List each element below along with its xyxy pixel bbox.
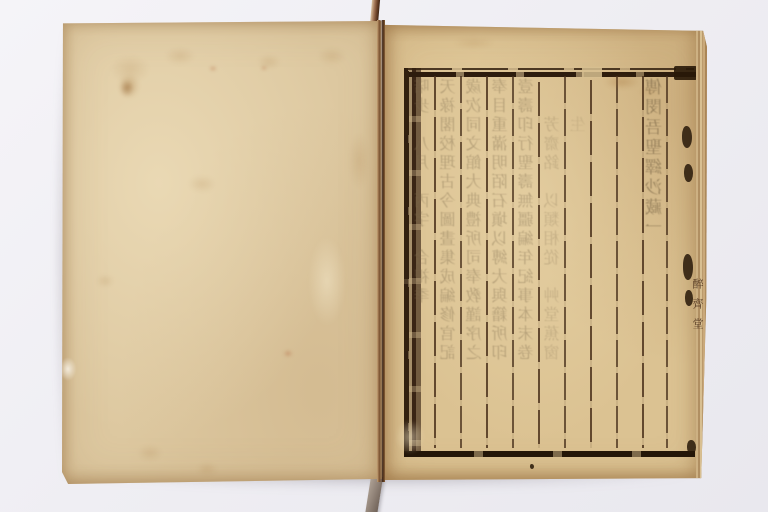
column-divider xyxy=(434,76,436,448)
stain xyxy=(208,65,218,72)
stain xyxy=(260,65,268,71)
ink-blotch xyxy=(687,440,696,454)
stain xyxy=(312,43,352,69)
ghost-text-column: 喏步 八月 丙字 合祀秊 xyxy=(412,78,434,446)
fore-edge-leaf-stack xyxy=(696,30,705,478)
ink-speck xyxy=(530,464,534,469)
ghost-text-column: 壹壽印行聖壽無疆編年紀事本末卷 xyxy=(516,78,538,446)
stain xyxy=(444,34,504,52)
stain xyxy=(182,171,222,197)
column-divider xyxy=(642,76,644,448)
ghost-text-column: 生 xyxy=(568,78,590,446)
stain xyxy=(92,271,118,291)
ink-blotch xyxy=(683,254,693,280)
ink-blotch xyxy=(682,126,692,148)
column-divider xyxy=(590,80,592,448)
stain xyxy=(252,51,286,73)
right-page-printed: 喏步 八月 丙字 合祀秊 天祿閣校理古今圖晝集成編修官記 歲次同文館大典禮所司奉… xyxy=(384,24,707,480)
column-divider xyxy=(486,76,488,448)
column-divider xyxy=(460,76,462,448)
column-divider xyxy=(538,82,540,448)
column-divider xyxy=(512,76,514,448)
ghost-text-column: 奉目重滿明陌石塡以縛大與籍所印 xyxy=(490,78,512,446)
ghost-text-column: 天祿閣校理古今圖晝集成編修官記 xyxy=(438,78,460,446)
frame-top-thick-rule xyxy=(404,72,697,77)
stain xyxy=(282,349,294,358)
binding-gutter xyxy=(377,20,385,482)
left-page-blank xyxy=(62,21,384,484)
frame-left-rule xyxy=(404,71,409,454)
ghost-text-column: 芳齋銘 以類相從 艸堂蕉窗 xyxy=(542,78,564,446)
ink-blotch xyxy=(684,164,693,182)
stain xyxy=(132,441,168,465)
title-column: 傳閔吾聖繹沙藏一 xyxy=(645,78,667,398)
stain xyxy=(192,459,222,479)
column-divider xyxy=(616,76,618,448)
frame-top-thin-rule xyxy=(406,68,694,70)
frame-right-band-cap xyxy=(674,66,697,80)
stain xyxy=(158,43,202,69)
frame-bottom-rule xyxy=(404,451,695,457)
photo-open-book: 喏步 八月 丙字 合祀秊 天祿閣校理古今圖晝集成編修官記 歲次同文館大典禮所司奉… xyxy=(0,0,768,512)
frame-top-break xyxy=(582,67,602,78)
ghost-text-column: 歲次同文館大典禮所司奉敎謹序之 xyxy=(464,78,486,446)
folio-edge-label: 醉齊堂 xyxy=(690,278,704,374)
column-divider xyxy=(564,76,566,448)
stain xyxy=(344,121,374,201)
stain xyxy=(634,84,664,100)
paper-wrinkle xyxy=(390,414,430,460)
sheen xyxy=(302,221,352,341)
stain xyxy=(118,77,136,99)
